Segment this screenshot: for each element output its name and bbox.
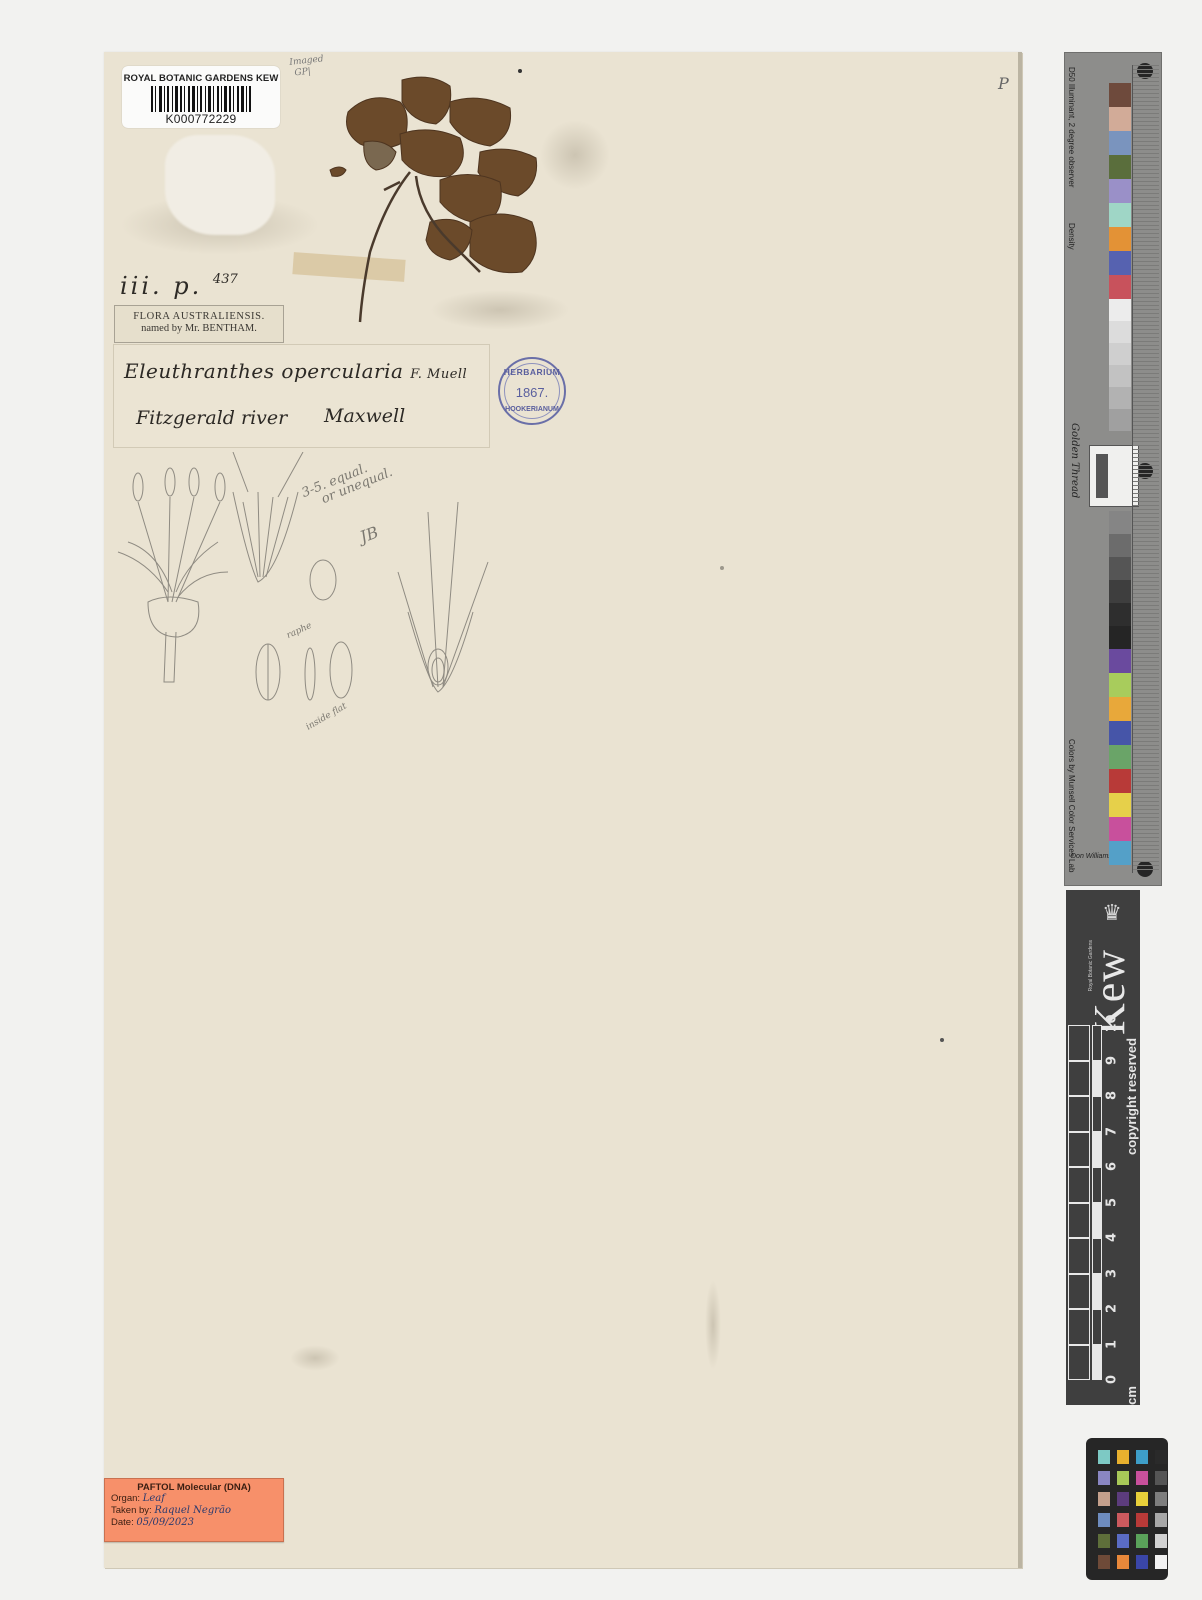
strip-ruler [1132,65,1159,873]
color-patch [1109,580,1131,603]
color-patch [1109,817,1131,841]
scale-segment [1092,1132,1102,1168]
stain [705,1280,721,1370]
scale-tick-label: 1 [1105,1336,1120,1352]
barcode-bars [132,86,270,112]
checker-swatch [1136,1534,1148,1548]
stamp-top-text: HERBARIUM [500,367,564,377]
color-patch [1109,203,1131,227]
color-patch [1109,131,1131,155]
scale-block [1068,1309,1090,1345]
taken-by-value: Raquel Negrão [154,1505,231,1516]
scale-block [1068,1061,1090,1097]
color-patch [1109,793,1131,817]
royal-crest-icon: ♛ [1092,900,1132,930]
date-label: Date: [111,1517,134,1528]
checker-swatch [1136,1492,1148,1506]
paftol-title: PAFTOL Molecular (DNA) [105,1482,283,1493]
color-patch [1109,107,1131,131]
copyright-text: copyright reserved [1124,1038,1139,1155]
color-patch [1109,511,1131,534]
color-patch [1109,745,1131,769]
fruit-sketch [398,502,488,692]
color-patch [1109,841,1131,865]
checker-swatch [1155,1513,1167,1527]
date-row: Date: 05/09/2023 [111,1517,283,1529]
checker-swatch [1117,1450,1129,1464]
barcode-number: K000772229 [122,112,280,126]
locality: Fitzgerald river [136,407,287,429]
scale-segment [1092,1274,1102,1310]
checker-swatch [1098,1555,1110,1569]
taken-by-label: Taken by: [111,1505,152,1516]
checker-swatch [1117,1513,1129,1527]
stamp-year: 1867. [500,385,564,400]
scale-tick-label: 3 [1105,1265,1120,1281]
institution-name: ROYAL BOTANIC GARDENS KEW [122,73,280,84]
color-patch [1109,534,1131,557]
color-patch [1109,251,1131,275]
checker-swatch [1155,1555,1167,1569]
organ-row: Organ: Leaf [111,1493,283,1505]
color-patch [1109,673,1131,697]
stain [290,1345,340,1371]
collector: Maxwell [324,405,405,427]
checker-swatch [1155,1450,1167,1464]
speck [940,1038,944,1042]
scale-segment [1092,1345,1102,1381]
dried-plant-specimen [300,72,600,332]
paftol-dna-label: PAFTOL Molecular (DNA) Organ: Leaf Taken… [104,1478,284,1542]
scale-tick-label: 6 [1105,1159,1120,1175]
color-patch [1109,387,1131,409]
color-checker-card [1086,1438,1168,1580]
scale-segment [1092,1061,1102,1097]
reference-page: 437 [213,272,238,287]
color-patch [1109,321,1131,343]
flora-title: FLORA AUSTRALIENSIS. [115,311,283,322]
flora-reference-note: iii. p. 437 [120,272,238,300]
scale-segment [1092,1025,1102,1061]
color-patch [1109,83,1131,107]
checker-swatch [1117,1492,1129,1506]
paper-repair-patch [165,135,275,235]
scale-segment [1092,1238,1102,1274]
density-text: Density [1067,223,1076,250]
flora-namer: named by Mr. BENTHAM. [115,323,283,334]
color-patch [1109,409,1131,431]
checker-swatch [1155,1471,1167,1485]
checker-swatch [1136,1471,1148,1485]
scale-tick-label: 8 [1105,1088,1120,1104]
kew-scale-bar: ♛ Royal Botanic Gardens Kew copyright re… [1066,890,1140,1405]
scale-segment [1092,1203,1102,1239]
page-mark: P [998,74,1009,93]
checker-swatch [1098,1513,1110,1527]
seed-views-sketch [256,642,352,700]
scale-block [1068,1203,1090,1239]
herbarium-stamp: HERBARIUM 1867. HOOKERIANUM [498,357,566,425]
taxon: Eleuthranthes opercularia [124,359,403,383]
scale-segment [1092,1167,1102,1203]
scale-tick-label: 10 [1105,1017,1120,1033]
checker-swatch [1098,1492,1110,1506]
taxon-author: F. Muell [410,367,467,382]
scale-tick-label: 0 [1105,1372,1120,1388]
color-patch [1109,179,1131,203]
organ-label: Organ: [111,1493,140,1504]
illuminant-text: D50 Illuminant, 2 degree observer [1067,67,1076,188]
color-patch [1109,299,1131,321]
scale-tick-label: 4 [1105,1230,1120,1246]
scale-tick-label: 9 [1105,1052,1120,1068]
scale-block [1068,1096,1090,1132]
barcode-label: ROYAL BOTANIC GARDENS KEW K000772229 [122,66,280,128]
checker-swatch [1136,1513,1148,1527]
determination-label: Eleuthranthes opercularia F. Muell Fitzg… [113,344,490,448]
calyx-sketch [233,452,303,582]
signature-text: Don Williams [1071,853,1112,860]
checker-swatch [1098,1450,1110,1464]
checker-swatch [1155,1492,1167,1506]
color-patch [1109,649,1131,673]
reference-volume: iii. p. [120,272,202,300]
flower-sketch [118,468,228,682]
color-patch [1109,365,1131,387]
color-patch [1109,557,1131,580]
checker-swatch [1155,1534,1167,1548]
scale-block [1068,1274,1090,1310]
unit-label: cm [1124,1386,1139,1405]
color-patch [1109,697,1131,721]
color-patch [1109,769,1131,793]
taken-by-row: Taken by: Raquel Negrão [111,1505,283,1517]
scale-block [1068,1132,1090,1168]
checker-swatch [1117,1555,1129,1569]
checker-swatch [1136,1555,1148,1569]
scale-block [1068,1025,1090,1061]
scale-block [1068,1345,1090,1381]
brand-text: Golden Thread [1069,423,1080,498]
color-patch [1109,603,1131,626]
taxon-name: Eleuthranthes opercularia F. Muell [124,359,467,383]
color-patch [1109,275,1131,299]
flora-australiensis-label: FLORA AUSTRALIENSIS. named by Mr. BENTHA… [114,305,284,343]
stamp-bottom-text: HOOKERIANUM [500,406,564,413]
scale-segment [1092,1309,1102,1345]
color-reference-strip: D50 Illuminant, 2 degree observer Densit… [1064,52,1162,886]
color-patch [1109,626,1131,649]
organ-value: Leaf [143,1493,165,1504]
checker-swatch [1117,1534,1129,1548]
color-patch [1109,721,1131,745]
scale-tick-label: 5 [1105,1194,1120,1210]
scale-tick-label: 2 [1105,1301,1120,1317]
checker-swatch [1098,1534,1110,1548]
checker-swatch [1136,1450,1148,1464]
color-patch [1109,227,1131,251]
sheet-edge [1018,52,1022,1568]
speck [518,69,522,73]
color-patch [1109,343,1131,365]
speck [720,566,724,570]
color-patch [1109,155,1131,179]
checker-swatch [1117,1471,1129,1485]
scale-segment [1092,1096,1102,1132]
seed-sketch [310,560,336,600]
scale-block [1068,1238,1090,1274]
date-value: 05/09/2023 [136,1517,194,1528]
checker-swatch [1098,1471,1110,1485]
scale-block [1068,1167,1090,1203]
scale-tick-label: 7 [1105,1123,1120,1139]
